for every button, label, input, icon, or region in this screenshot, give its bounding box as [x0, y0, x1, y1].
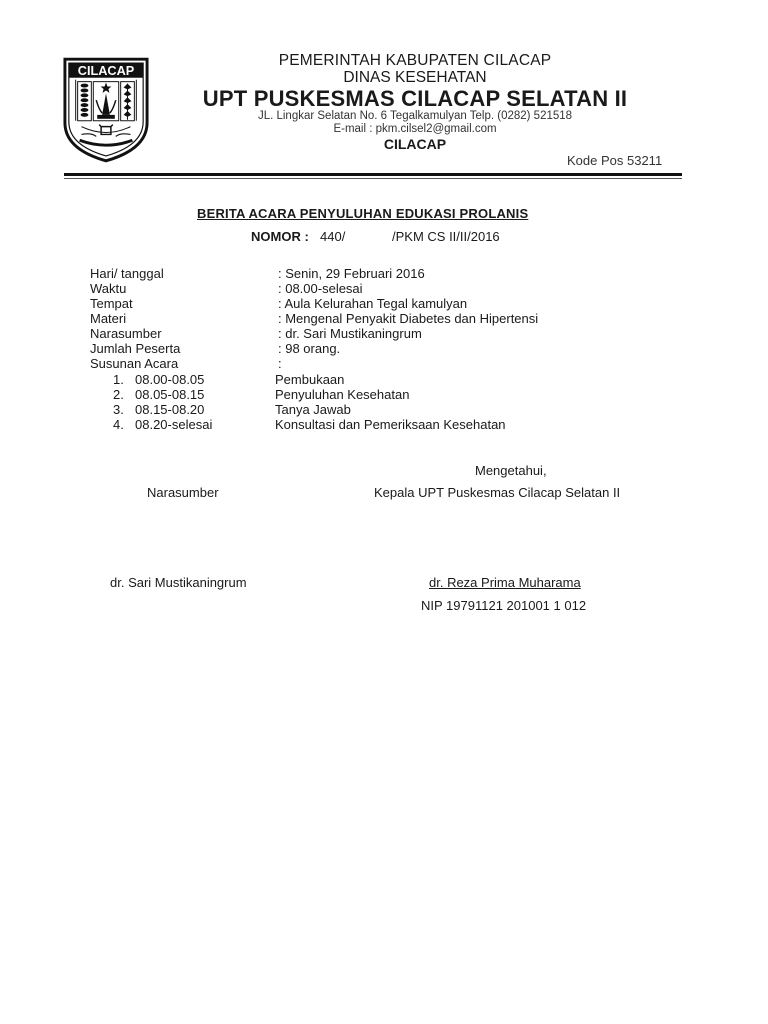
postal-code: Kode Pos 53211 [567, 153, 662, 168]
cilacap-coat-of-arms-logo: CILACAP [62, 55, 150, 165]
header-institution-name: UPT PUSKESMAS CILACAP SELATAN II [160, 86, 670, 112]
header-divider-thin [64, 178, 682, 179]
document-number-suffix: /PKM CS II/II/2016 [392, 229, 500, 244]
detail-label: Narasumber [90, 326, 162, 341]
agenda-time: 08.00-08.05 [135, 372, 204, 387]
acknowledged-label: Mengetahui, [475, 463, 547, 478]
header-city: CILACAP [160, 136, 670, 152]
header-department-line: DINAS KESEHATAN [160, 69, 670, 87]
header-address: JL. Lingkar Selatan No. 6 Tegalkamulyan … [160, 110, 670, 122]
document-title: BERITA ACARA PENYULUHAN EDUKASI PROLANIS [197, 206, 528, 221]
agenda-number: 4. [113, 417, 124, 432]
head-role: Kepala UPT Puskesmas Cilacap Selatan II [374, 485, 620, 500]
detail-label: Tempat [90, 296, 133, 311]
logo-text: CILACAP [78, 63, 135, 78]
document-number-label: NOMOR : [251, 229, 309, 244]
agenda-time: 08.05-08.15 [135, 387, 204, 402]
agenda-number: 1. [113, 372, 124, 387]
header-government-line: PEMERINTAH KABUPATEN CILACAP [160, 52, 670, 70]
detail-value: : dr. Sari Mustikaningrum [278, 326, 422, 341]
agenda-time: 08.20-selesai [135, 417, 212, 432]
document-number-value: 440/ [320, 229, 345, 244]
agenda-number: 3. [113, 402, 124, 417]
detail-value: : 98 orang. [278, 341, 340, 356]
header-email: E-mail : pkm.cilsel2@gmail.com [160, 123, 670, 135]
detail-value: : Aula Kelurahan Tegal kamulyan [278, 296, 467, 311]
agenda-activity: Tanya Jawab [275, 402, 351, 417]
detail-value: : Senin, 29 Februari 2016 [278, 266, 425, 281]
detail-value: : Mengenal Penyakit Diabetes dan Hiperte… [278, 311, 538, 326]
speaker-name: dr. Sari Mustikaningrum [110, 575, 247, 590]
detail-value: : [278, 356, 282, 371]
agenda-time: 08.15-08.20 [135, 402, 204, 417]
head-nip: NIP 19791121 201001 1 012 [421, 598, 586, 613]
detail-value: : 08.00-selesai [278, 281, 363, 296]
head-name: dr. Reza Prima Muharama [429, 575, 581, 590]
detail-label: Jumlah Peserta [90, 341, 180, 356]
agenda-activity: Pembukaan [275, 372, 344, 387]
detail-label: Waktu [90, 281, 126, 296]
agenda-activity: Konsultasi dan Pemeriksaan Kesehatan [275, 417, 506, 432]
detail-label: Hari/ tanggal [90, 266, 164, 281]
agenda-activity: Penyuluhan Kesehatan [275, 387, 409, 402]
detail-label: Materi [90, 311, 126, 326]
header-divider-thick [64, 173, 682, 176]
speaker-role: Narasumber [147, 485, 219, 500]
detail-label: Susunan Acara [90, 356, 178, 371]
agenda-number: 2. [113, 387, 124, 402]
